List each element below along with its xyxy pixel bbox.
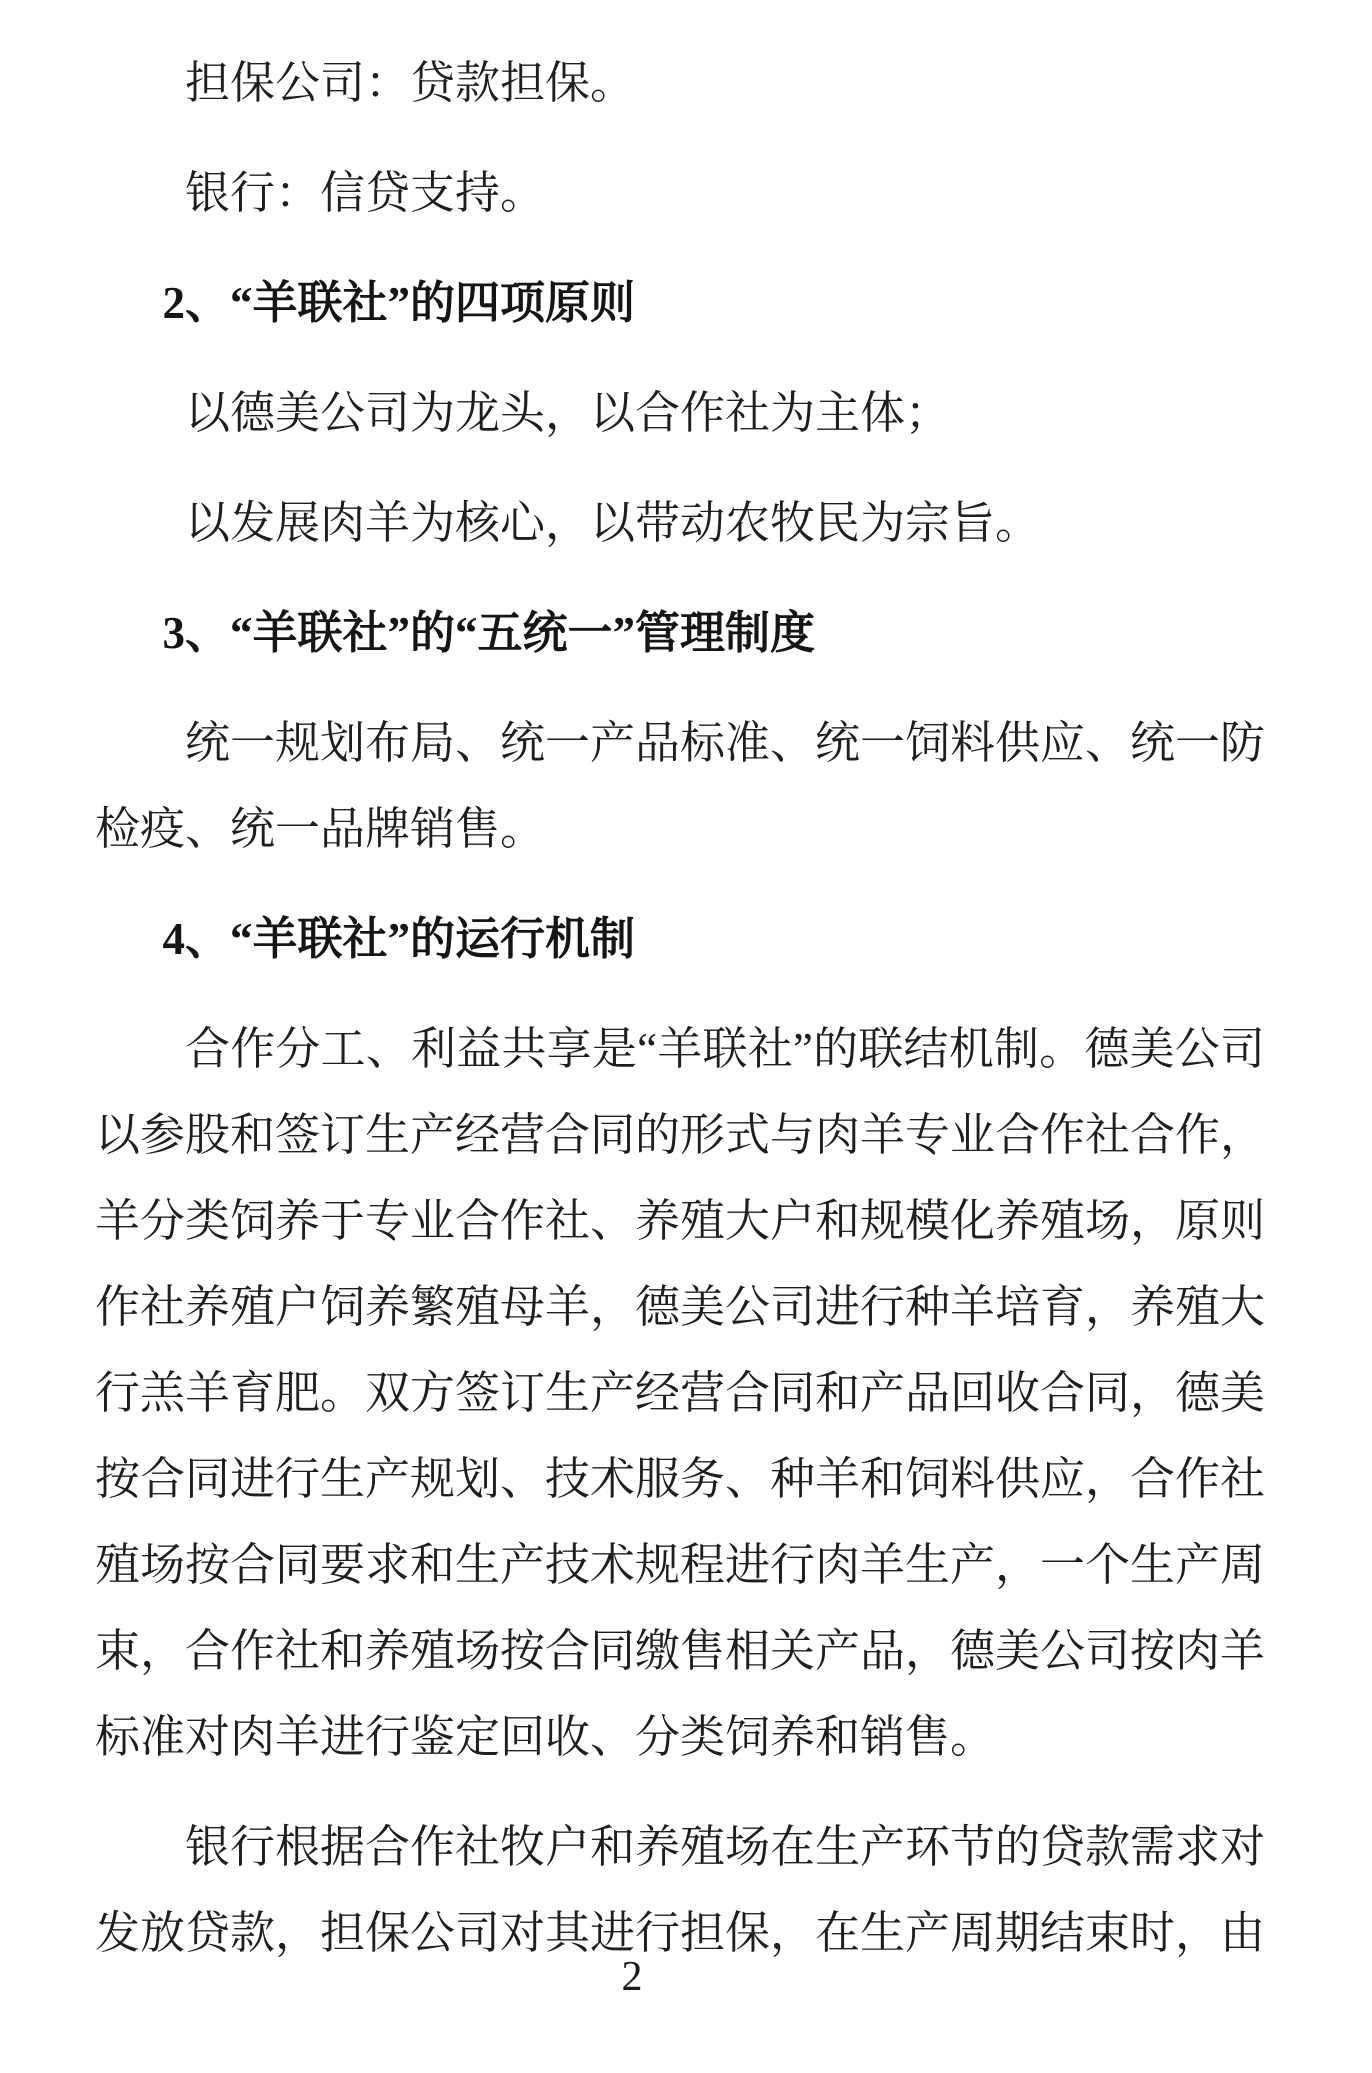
text-line: 统一规划布局、统一产品标准、统一饲料供应、统一防疫 bbox=[95, 700, 1265, 786]
heading-text: 4、“羊联社”的运行机制 bbox=[95, 896, 1265, 982]
heading-text: 3、“羊联社”的“五统一”管理制度 bbox=[95, 590, 1265, 676]
paragraph-bank: 银行：信贷支持。 bbox=[95, 150, 1265, 236]
heading-section-4-operating-mechanism: 4、“羊联社”的运行机制 bbox=[95, 896, 1265, 982]
text-line: 殖场按合同要求和生产技术规程进行肉羊生产，一个生产周期结 bbox=[95, 1522, 1265, 1608]
text-line: 检疫、统一品牌销售。 bbox=[95, 786, 1265, 872]
heading-section-2-four-principles: 2、“羊联社”的四项原则 bbox=[95, 260, 1265, 346]
text-line: 银行根据合作社牧户和养殖场在生产环节的贷款需求对其 bbox=[95, 1804, 1265, 1890]
paragraph-five-unified-items: 统一规划布局、统一产品标准、统一饲料供应、统一防疫 检疫、统一品牌销售。 bbox=[95, 700, 1265, 872]
document-body: 担保公司：贷款担保。 银行：信贷支持。 2、“羊联社”的四项原则 以德美公司为龙… bbox=[95, 40, 1265, 1976]
heading-section-3-five-unified: 3、“羊联社”的“五统一”管理制度 bbox=[95, 590, 1265, 676]
text-line: 标准对肉羊进行鉴定回收、分类饲养和销售。 bbox=[95, 1694, 1265, 1780]
paragraph-bank-loans: 银行根据合作社牧户和养殖场在生产环节的贷款需求对其 发放贷款，担保公司对其进行担… bbox=[95, 1804, 1265, 1976]
paragraph-principle-core: 以发展肉羊为核心，以带动农牧民为宗旨。 bbox=[95, 480, 1265, 566]
text-line: 束，合作社和养殖场按合同缴售相关产品，德美公司按肉羊生产 bbox=[95, 1608, 1265, 1694]
page-number: 2 bbox=[0, 1952, 1264, 2002]
text-line: 按合同进行生产规划、技术服务、种羊和饲料供应，合作社及养 bbox=[95, 1436, 1265, 1522]
text-line: 作社养殖户饲养繁殖母羊，德美公司进行种羊培育，养殖大户进 bbox=[95, 1264, 1265, 1350]
text-line: 羊分类饲养于专业合作社、养殖大户和规模化养殖场，原则上合 bbox=[95, 1178, 1265, 1264]
text-line: 以发展肉羊为核心，以带动农牧民为宗旨。 bbox=[95, 480, 1265, 566]
text-line: 银行：信贷支持。 bbox=[95, 150, 1265, 236]
text-line: 以德美公司为龙头，以合作社为主体； bbox=[95, 370, 1265, 456]
document-page: 担保公司：贷款担保。 银行：信贷支持。 2、“羊联社”的四项原则 以德美公司为龙… bbox=[0, 0, 1372, 2073]
paragraph-guarantee-company: 担保公司：贷款担保。 bbox=[95, 40, 1265, 126]
text-line: 行羔羊育肥。双方签订生产经营合同和产品回收合同，德美公司 bbox=[95, 1350, 1265, 1436]
paragraph-operating-mechanism: 合作分工、利益共享是“羊联社”的联结机制。德美公司 以参股和签订生产经营合同的形… bbox=[95, 1006, 1265, 1780]
text-line: 合作分工、利益共享是“羊联社”的联结机制。德美公司 bbox=[95, 1006, 1265, 1092]
heading-text: 2、“羊联社”的四项原则 bbox=[95, 260, 1265, 346]
paragraph-principle-leader: 以德美公司为龙头，以合作社为主体； bbox=[95, 370, 1265, 456]
text-line: 担保公司：贷款担保。 bbox=[95, 40, 1265, 126]
text-line: 以参股和签订生产经营合同的形式与肉羊专业合作社合作，将肉 bbox=[95, 1092, 1265, 1178]
